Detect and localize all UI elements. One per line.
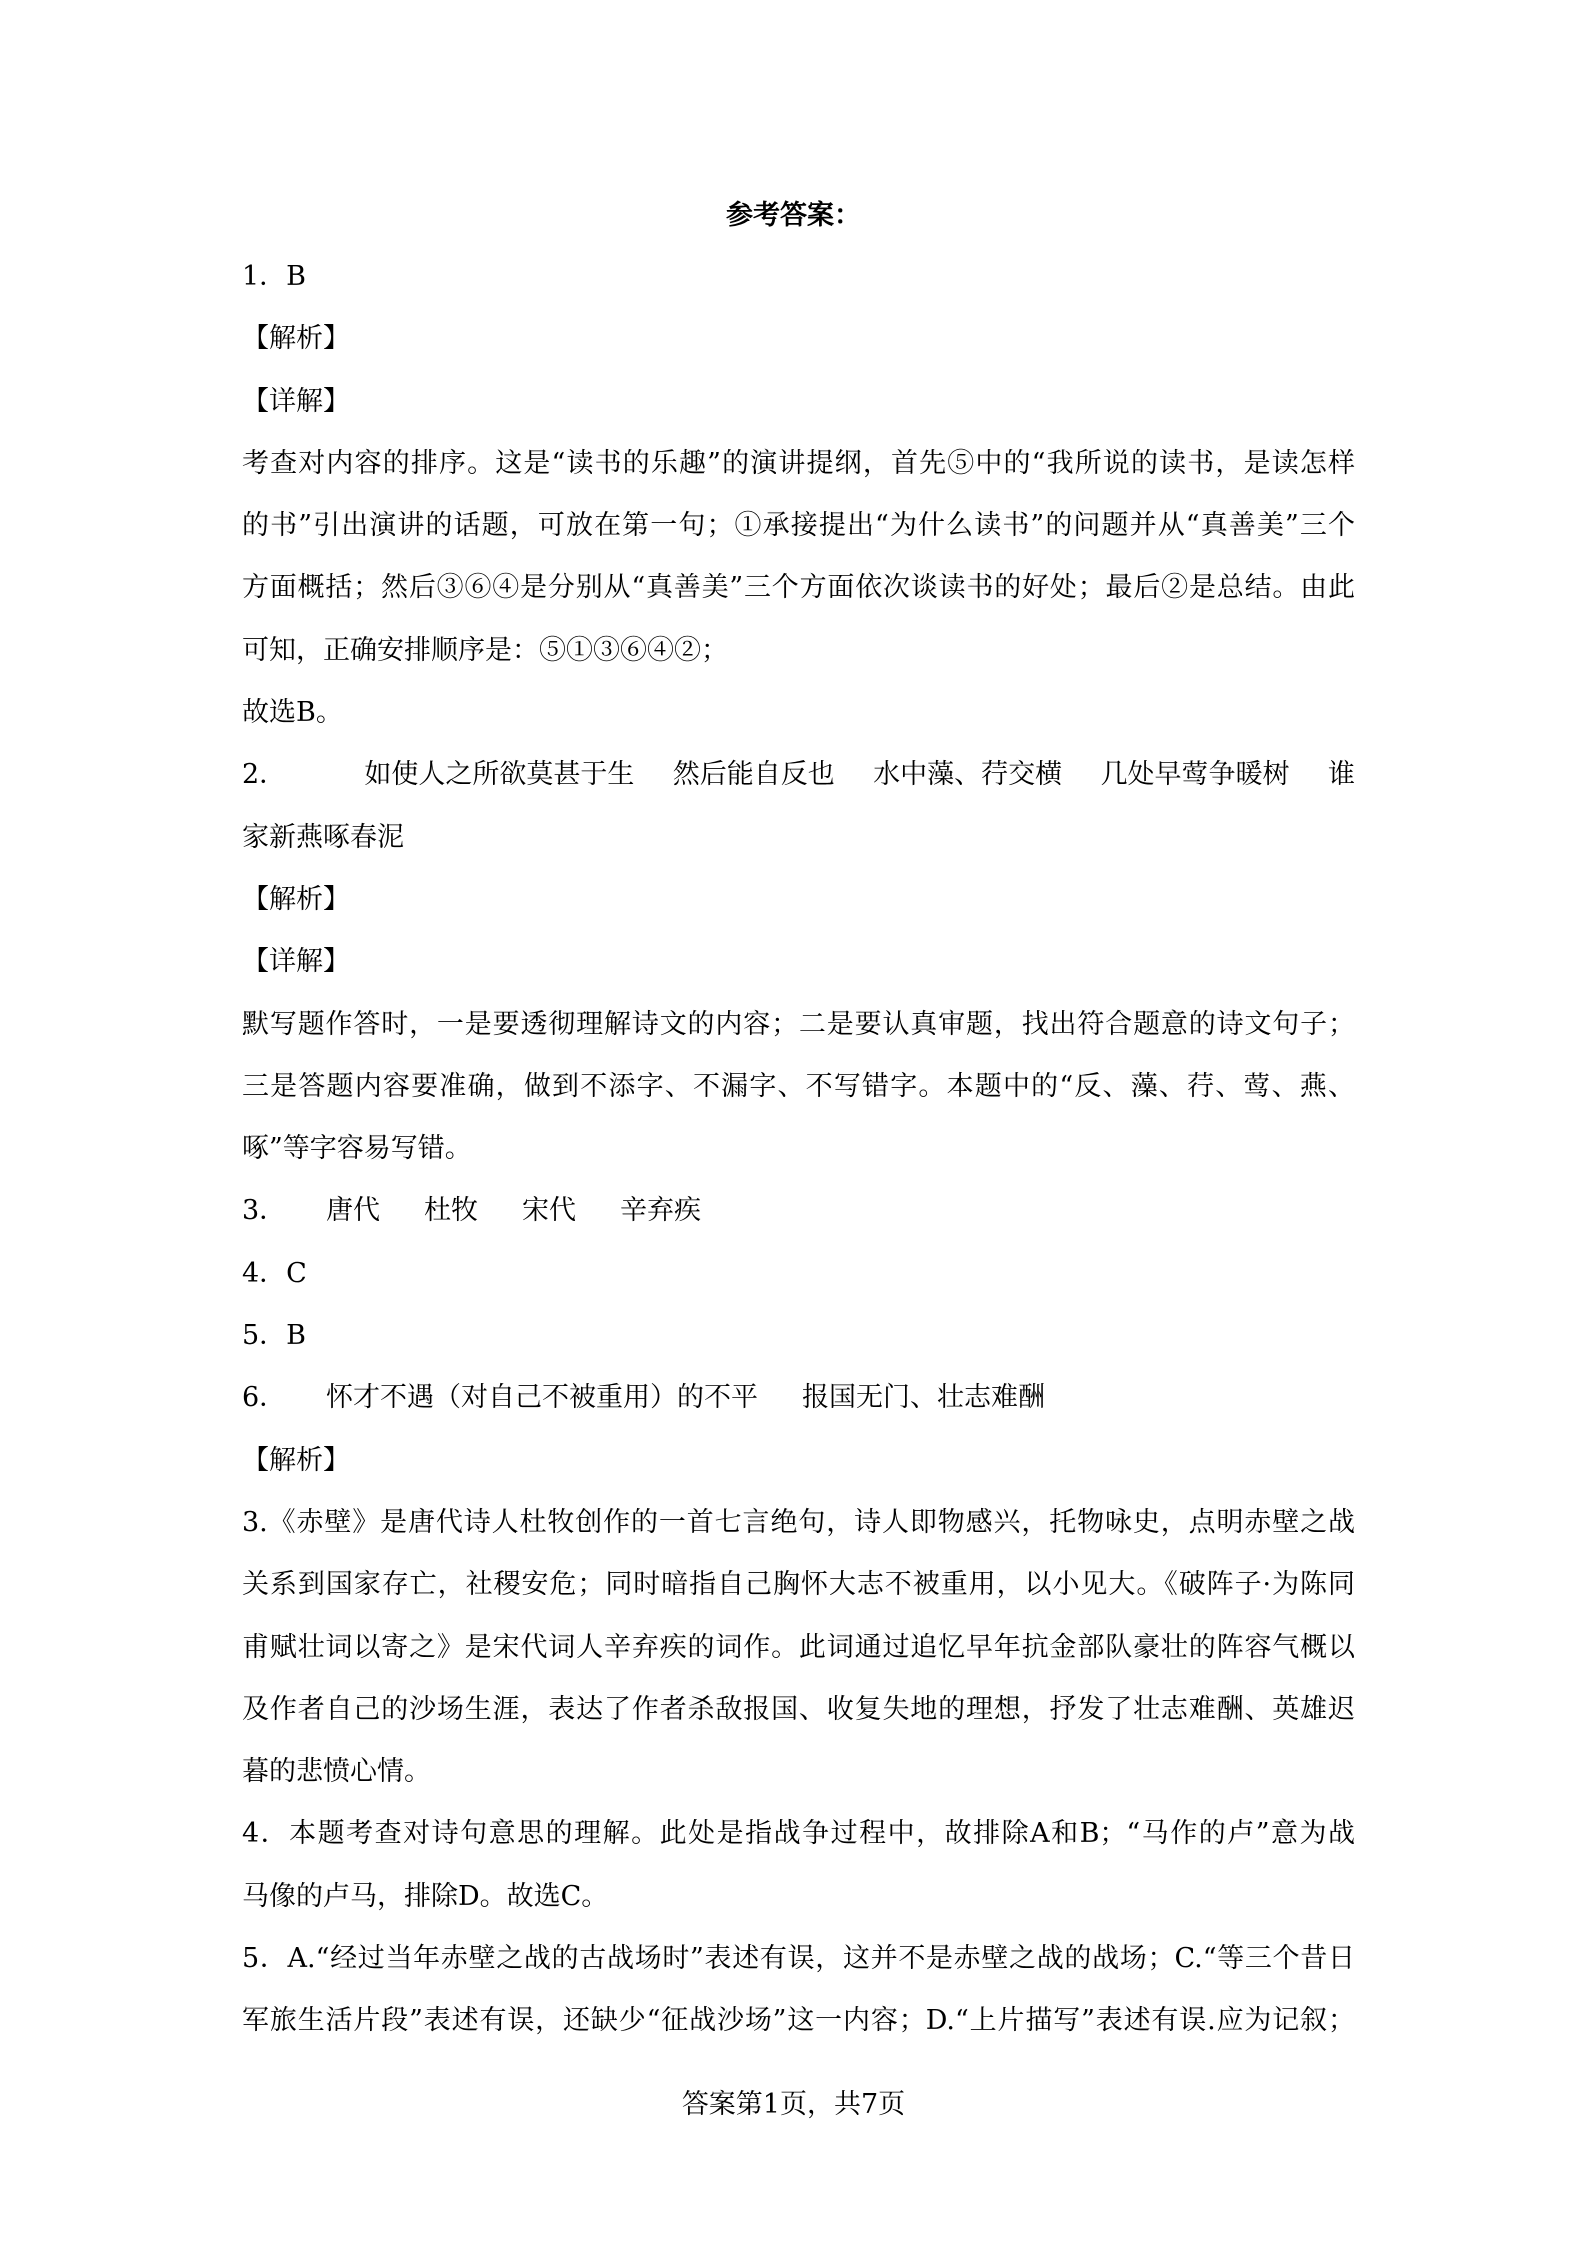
page-title: 参考答案： bbox=[0, 196, 1587, 236]
q1-conclusion: 故选B。 bbox=[242, 682, 1355, 744]
q6-blank-answer: 怀才不遇（对自己不被重用）的不平 bbox=[326, 1367, 758, 1429]
explanation-5-line: 5．A.“经过当年赤壁之战的古战场时”表述有误，这并不是赤壁之战的战场；C.“等… bbox=[242, 1928, 1355, 1990]
q2-number: 2． bbox=[242, 744, 326, 806]
q5-answer: 5．B bbox=[242, 1305, 1355, 1367]
q1-detail-line: 考查对内容的排序。这是“读书的乐趣”的演讲提纲，首先⑤中的“我所说的读书，是读怎… bbox=[242, 433, 1355, 495]
q2-answer-continuation: 家新燕啄春泥 bbox=[242, 807, 1355, 869]
q1-analysis-label: 【解析】 bbox=[242, 308, 1355, 370]
q2-detail-line: 默写题作答时，一是要透彻理解诗文的内容；二是要认真审题，找出符合题意的诗文句子； bbox=[242, 994, 1355, 1056]
answer-page: 参考答案： 1．B 【解析】 【详解】 考查对内容的排序。这是“读书的乐趣”的演… bbox=[0, 0, 1587, 2245]
explanation-3-line: 关系到国家存亡，社稷安危；同时暗指自己胸怀大志不被重用，以小见大。《破阵子·为陈… bbox=[242, 1554, 1355, 1616]
page-footer: 答案第1页，共7页 bbox=[0, 2085, 1587, 2125]
q6-number: 6． bbox=[242, 1367, 326, 1429]
q3-blank-answer: 宋代 bbox=[522, 1180, 576, 1242]
explanation-4-line: 4．本题考查对诗句意思的理解。此处是指战争过程中，故排除A和B；“马作的卢”意为… bbox=[242, 1803, 1355, 1865]
q1-detail-label: 【详解】 bbox=[242, 371, 1355, 433]
q2-detail-line: 三是答题内容要准确，做到不添字、不漏字、不写错字。本题中的“反、藻、荇、莺、燕、 bbox=[242, 1056, 1355, 1118]
q1-detail-line: 可知，正确安排顺序是：⑤①③⑥④②； bbox=[242, 620, 1355, 682]
q4-answer: 4．C bbox=[242, 1243, 1355, 1305]
q2-blank-answer: 谁 bbox=[1328, 744, 1355, 806]
explanation-3-line: 甫赋壮词以寄之》是宋代词人辛弃疾的词作。此词通过追忆早年抗金部队豪壮的阵容气概以 bbox=[242, 1617, 1355, 1679]
explanation-5-line: 军旅生活片段”表述有误，还缺少“征战沙场”这一内容；D.“上片描写”表述有误.应… bbox=[242, 1990, 1355, 2052]
q2-detail-label: 【详解】 bbox=[242, 931, 1355, 993]
q3-answer-row: 3． 唐代 杜牧 宋代 辛弃疾 bbox=[242, 1180, 1355, 1242]
q2-blank-answer: 水中藻、荇交横 bbox=[873, 744, 1062, 806]
q3-number: 3． bbox=[242, 1180, 326, 1242]
explanation-3-line: 3.《赤壁》是唐代诗人杜牧创作的一首七言绝句，诗人即物感兴，托物咏史，点明赤壁之… bbox=[242, 1492, 1355, 1554]
q1-detail-line: 的书”引出演讲的话题，可放在第一句；①承接提出“为什么读书”的问题并从“真善美”… bbox=[242, 495, 1355, 557]
q6-analysis-label: 【解析】 bbox=[242, 1430, 1355, 1492]
q3-blank-answer: 唐代 bbox=[326, 1180, 380, 1242]
q6-blank-answer: 报国无门、壮志难酬 bbox=[802, 1367, 1045, 1429]
q2-blank-answer: 然后能自反也 bbox=[673, 744, 835, 806]
q2-blank-answer: 几处早莺争暖树 bbox=[1101, 744, 1290, 806]
explanation-4-line: 马像的卢马，排除D。故选C。 bbox=[242, 1866, 1355, 1928]
answer-content: 1．B 【解析】 【详解】 考查对内容的排序。这是“读书的乐趣”的演讲提纲，首先… bbox=[242, 246, 1355, 2053]
q2-blank-answer: 如使人之所欲莫甚于生 bbox=[364, 744, 634, 806]
q6-answer-row: 6． 怀才不遇（对自己不被重用）的不平 报国无门、壮志难酬 bbox=[242, 1367, 1355, 1429]
q1-detail-line: 方面概括；然后③⑥④是分别从“真善美”三个方面依次谈读书的好处；最后②是总结。由… bbox=[242, 557, 1355, 619]
q1-answer: 1．B bbox=[242, 246, 1355, 308]
q2-answer-row: 2． 如使人之所欲莫甚于生 然后能自反也 水中藻、荇交横 几处早莺争暖树 谁 bbox=[242, 744, 1355, 806]
q2-detail-line: 啄”等字容易写错。 bbox=[242, 1118, 1355, 1180]
explanation-3-line: 及作者自己的沙场生涯，表达了作者杀敌报国、收复失地的理想，抒发了壮志难酬、英雄迟 bbox=[242, 1679, 1355, 1741]
q3-blank-answer: 杜牧 bbox=[424, 1180, 478, 1242]
q3-blank-answer: 辛弃疾 bbox=[620, 1180, 701, 1242]
explanation-3-line: 暮的悲愤心情。 bbox=[242, 1741, 1355, 1803]
q2-analysis-label: 【解析】 bbox=[242, 869, 1355, 931]
